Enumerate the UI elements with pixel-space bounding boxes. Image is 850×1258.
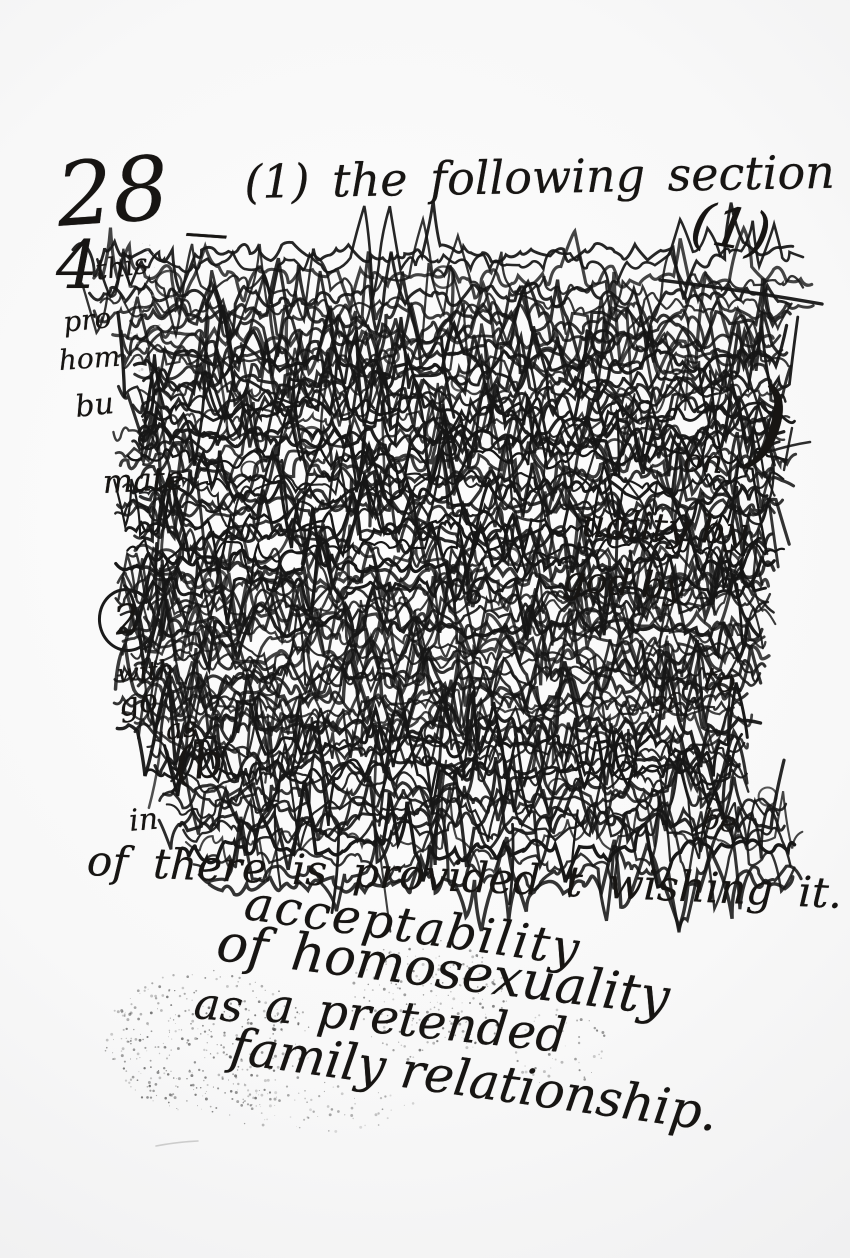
circled-subsection-b-mark: (b — [172, 739, 226, 787]
margin-word-bu: bu — [74, 390, 115, 421]
right-word-on: on — [682, 446, 723, 477]
section-number-28: 28 — [54, 148, 171, 235]
top-right-subsection-mark: (1) — [687, 198, 774, 261]
paper-page: 28 — (1) the following section (1) 4 thi… — [0, 0, 850, 1258]
margin-word-pro: pro — [62, 305, 113, 335]
right-word-be: be — [700, 806, 738, 836]
margin-word-hom: hom — [58, 344, 121, 373]
margin-word-go: go — [116, 685, 160, 720]
right-fragment-uality-by: uality by — [580, 506, 748, 549]
top-line-text: (1) the following section — [244, 152, 835, 204]
dash-mark: — — [183, 212, 230, 255]
margin-word-mate: mate — [102, 464, 185, 497]
right-word-si: si — [651, 688, 677, 715]
margin-numeral-4: 4 — [56, 236, 98, 295]
margin-word-this: this — [94, 251, 150, 283]
right-word-to: to — [702, 664, 738, 697]
right-fragment-god-by: god by — [562, 564, 687, 605]
margin-word-in: in — [128, 805, 159, 834]
circled-2-text: 2 — [111, 595, 143, 644]
